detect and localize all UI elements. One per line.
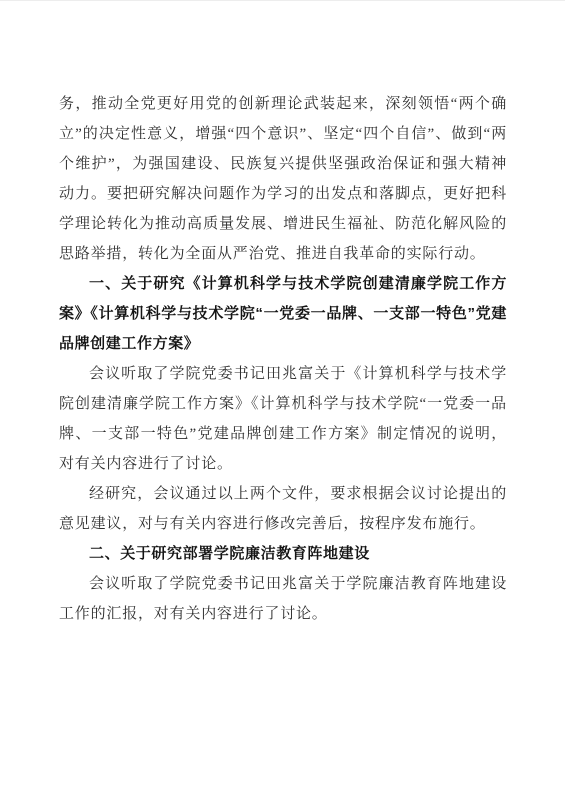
paragraph: 经研究，会议通过以上两个文件，要求根据会议讨论提出的意见建议，对与有关内容进行修… [59, 479, 507, 539]
paragraph-continuation: 务，推动全党更好用党的创新理论武装起来，深刻领悟“两个确立”的决定性意义，增强“… [59, 89, 507, 269]
paragraph: 会议听取了学院党委书记田兆富关于学院廉洁教育阵地建设工作的汇报，对有关内容进行了… [59, 569, 507, 629]
section-heading-one: 一、关于研究《计算机科学与技术学院创建清廉学院工作方案》《计算机科学与技术学院“… [59, 269, 507, 359]
document-page: 务，推动全党更好用党的创新理论武装起来，深刻领悟“两个确立”的决定性意义，增强“… [0, 1, 565, 794]
document-body: 务，推动全党更好用党的创新理论武装起来，深刻领悟“两个确立”的决定性意义，增强“… [59, 89, 507, 629]
paragraph: 会议听取了学院党委书记田兆富关于《计算机科学与技术学院创建清廉学院工作方案》《计… [59, 359, 507, 479]
section-heading-two: 二、关于研究部署学院廉洁教育阵地建设 [59, 539, 507, 569]
